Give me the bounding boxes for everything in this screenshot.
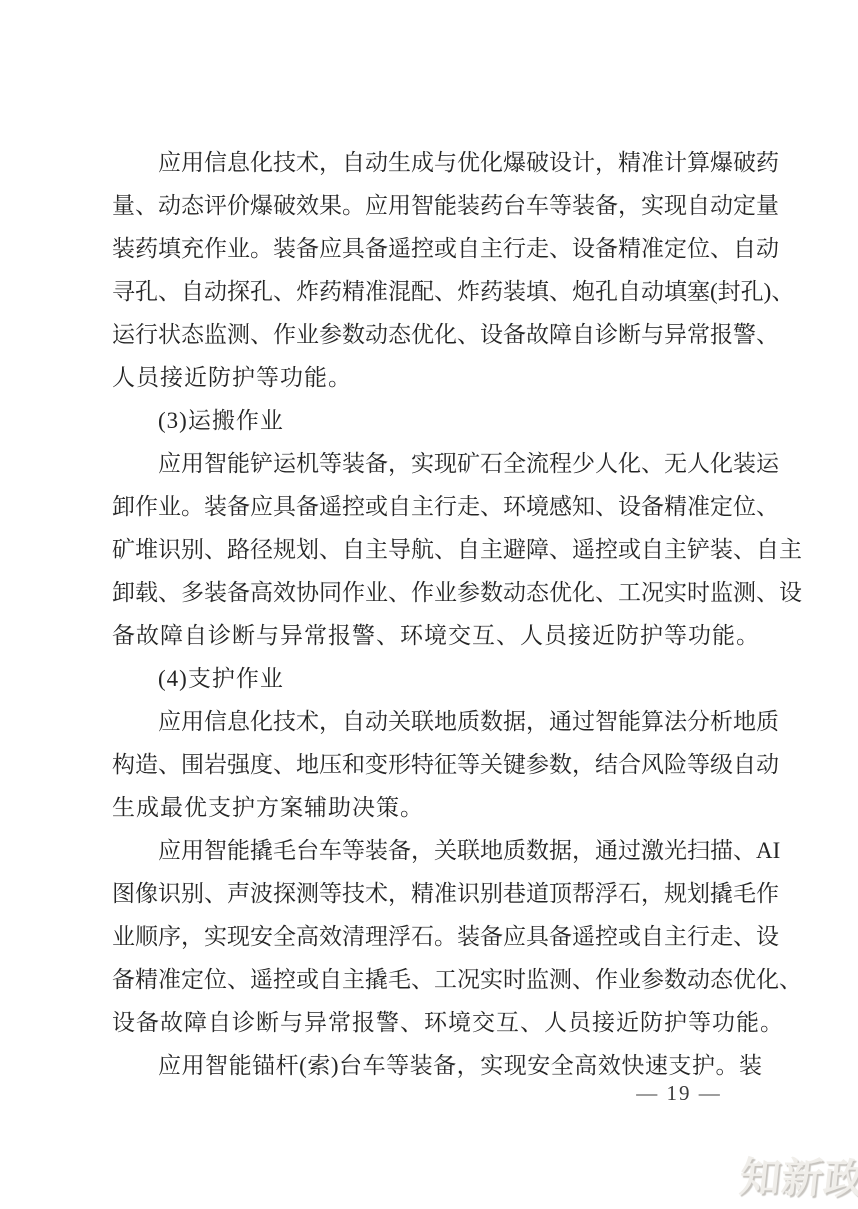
paragraph-line: 应用信息化技术，自动生成与优化爆破设计，精准计算爆破药 — [112, 141, 762, 184]
paragraph-line: 构造、围岩强度、地压和变形特征等关键参数，结合风险等级自动 — [112, 743, 762, 786]
section-heading-3: (3)运搬作业 — [112, 399, 762, 442]
paragraph-line: 运行状态监测、作业参数动态优化、设备故障自诊断与异常报警、 — [112, 313, 762, 356]
page-number: — 19 — — [613, 1081, 745, 1105]
paragraph-line: 应用智能铲运机等装备，实现矿石全流程少人化、无人化装运 — [112, 442, 762, 485]
paragraph-line: 卸作业。装备应具备遥控或自主行走、环境感知、设备精准定位、 — [112, 485, 762, 528]
paragraph-line: 矿堆识别、路径规划、自主导航、自主避障、遥控或自主铲装、自主 — [112, 528, 762, 571]
document-body: 应用信息化技术，自动生成与优化爆破设计，精准计算爆破药 量、动态评价爆破效果。应… — [112, 141, 762, 1087]
paragraph-line: 图像识别、声波探测等技术，精准识别巷道顶帮浮石，规划撬毛作 — [112, 872, 762, 915]
paragraph-line: 备故障自诊断与异常报警、环境交互、人员接近防护等功能。 — [112, 614, 762, 657]
paragraph-line: 装药填充作业。装备应具备遥控或自主行走、设备精准定位、自动 — [112, 227, 762, 270]
paragraph-line: 寻孔、自动探孔、炸药精准混配、炸药装填、炮孔自动填塞(封孔)、 — [112, 270, 762, 313]
paragraph-line: 应用信息化技术，自动关联地质数据，通过智能算法分析地质 — [112, 700, 762, 743]
paragraph-line: 备精准定位、遥控或自主撬毛、工况实时监测、作业参数动态优化、 — [112, 958, 762, 1001]
document-page: 应用信息化技术，自动生成与优化爆破设计，精准计算爆破药 量、动态评价爆破效果。应… — [0, 0, 858, 1209]
paragraph-line: 生成最优支护方案辅助决策。 — [112, 786, 762, 829]
paragraph-line: 设备故障自诊断与异常报警、环境交互、人员接近防护等功能。 — [112, 1001, 762, 1044]
paragraph-line: 量、动态评价爆破效果。应用智能装药台车等装备，实现自动定量 — [112, 184, 762, 227]
paragraph-line: 卸载、多装备高效协同作业、作业参数动态优化、工况实时监测、设 — [112, 571, 762, 614]
watermark-zhixinzheng: 知新政 — [737, 1144, 858, 1205]
paragraph-line: 业顺序，实现安全高效清理浮石。装备应具备遥控或自主行走、设 — [112, 915, 762, 958]
paragraph-line: 应用智能撬毛台车等装备，关联地质数据，通过激光扫描、AI — [112, 829, 762, 872]
section-heading-4: (4)支护作业 — [112, 657, 762, 700]
paragraph-line: 人员接近防护等功能。 — [112, 356, 762, 399]
